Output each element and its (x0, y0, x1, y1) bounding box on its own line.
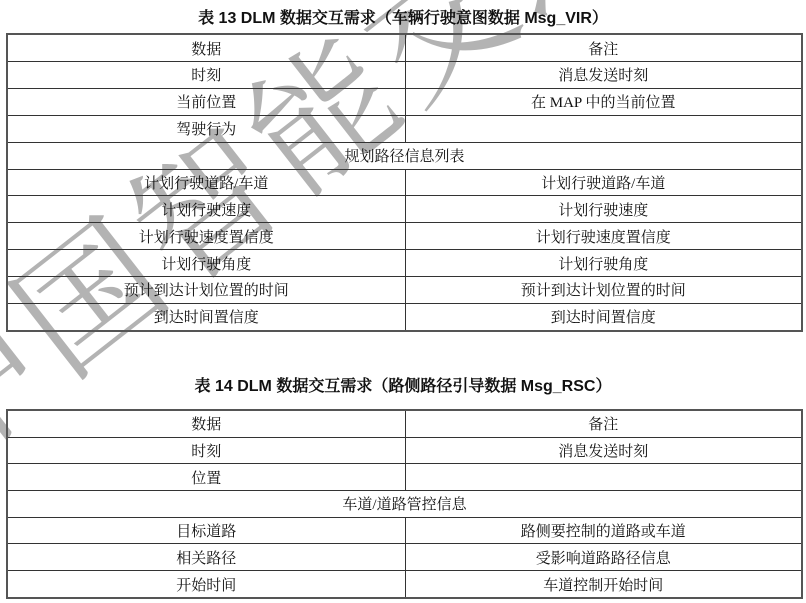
table-row: 计划行驶速度置信度 计划行驶速度置信度 (7, 223, 802, 250)
table-14: 数据 备注 时刻 消息发送时刻 位置 车道/道路管控信息 目标道路 路侧要控制的… (6, 409, 803, 599)
table-row: 目标道路 路侧要控制的道路或车道 (7, 517, 802, 544)
cell-note: 消息发送时刻 (405, 62, 802, 89)
column-header-note: 备注 (405, 34, 802, 62)
table-14-title: 表 14 DLM 数据交互需求（路侧路径引导数据 Msg_RSC） (0, 373, 806, 396)
cell-note: 受影响道路路径信息 (405, 544, 802, 571)
column-header-note: 备注 (405, 410, 802, 437)
section-row: 车道/道路管控信息 (7, 491, 802, 518)
cell-note: 在 MAP 中的当前位置 (405, 88, 802, 115)
table-row: 驾驶行为 (7, 115, 802, 142)
cell-data: 驾驶行为 (7, 115, 405, 142)
cell-note: 路侧要控制的道路或车道 (405, 517, 802, 544)
table-row: 时刻 消息发送时刻 (7, 62, 802, 89)
cell-data: 时刻 (7, 437, 405, 464)
table-row: 位置 (7, 464, 802, 491)
table-13-title: 表 13 DLM 数据交互需求（车辆行驶意图数据 Msg_VIR） (0, 5, 806, 28)
cell-data: 开始时间 (7, 571, 405, 598)
cell-data: 计划行驶角度 (7, 250, 405, 277)
cell-note: 计划行驶速度置信度 (405, 223, 802, 250)
table-row: 计划行驶角度 计划行驶角度 (7, 250, 802, 277)
cell-data: 计划行驶速度 (7, 196, 405, 223)
table-row: 时刻 消息发送时刻 (7, 437, 802, 464)
cell-note: 消息发送时刻 (405, 437, 802, 464)
cell-data: 位置 (7, 464, 405, 491)
table-13: 数据 备注 时刻 消息发送时刻 当前位置 在 MAP 中的当前位置 驾驶行为 规… (6, 33, 803, 332)
cell-data: 相关路径 (7, 544, 405, 571)
table-row: 当前位置 在 MAP 中的当前位置 (7, 88, 802, 115)
document-page: 中国智能交通 表 13 DLM 数据交互需求（车辆行驶意图数据 Msg_VIR）… (0, 0, 806, 603)
table-header-row: 数据 备注 (7, 410, 802, 437)
cell-note: 预计到达计划位置的时间 (405, 277, 802, 304)
cell-data: 时刻 (7, 62, 405, 89)
cell-note (405, 464, 802, 491)
table-row: 预计到达计划位置的时间 预计到达计划位置的时间 (7, 277, 802, 304)
table-row: 相关路径 受影响道路路径信息 (7, 544, 802, 571)
table-row: 开始时间 车道控制开始时间 (7, 571, 802, 598)
section-label: 车道/道路管控信息 (7, 491, 802, 518)
cell-note: 计划行驶道路/车道 (405, 169, 802, 196)
table-row: 计划行驶速度 计划行驶速度 (7, 196, 802, 223)
cell-note (405, 115, 802, 142)
table-row: 计划行驶道路/车道 计划行驶道路/车道 (7, 169, 802, 196)
table-row: 到达时间置信度 到达时间置信度 (7, 303, 802, 331)
cell-data: 计划行驶道路/车道 (7, 169, 405, 196)
cell-data: 到达时间置信度 (7, 303, 405, 331)
cell-data: 预计到达计划位置的时间 (7, 277, 405, 304)
cell-note: 车道控制开始时间 (405, 571, 802, 598)
section-row: 规划路径信息列表 (7, 142, 802, 169)
column-header-data: 数据 (7, 410, 405, 437)
section-label: 规划路径信息列表 (7, 142, 802, 169)
cell-data: 目标道路 (7, 517, 405, 544)
cell-note: 计划行驶角度 (405, 250, 802, 277)
cell-note: 计划行驶速度 (405, 196, 802, 223)
column-header-data: 数据 (7, 34, 405, 62)
cell-data: 计划行驶速度置信度 (7, 223, 405, 250)
table-header-row: 数据 备注 (7, 34, 802, 62)
cell-note: 到达时间置信度 (405, 303, 802, 331)
cell-data: 当前位置 (7, 88, 405, 115)
